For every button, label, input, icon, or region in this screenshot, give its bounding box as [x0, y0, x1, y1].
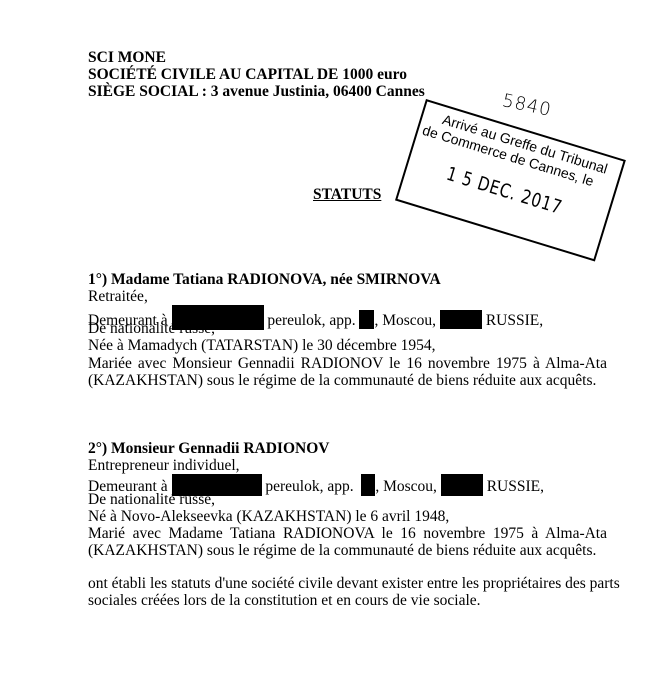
party-2-marriage-line-2: (KAZAKHSTAN) sous le régime de la commun…: [88, 542, 596, 559]
party-1-birth: Née à Mamadych (TATARSTAN) le 30 décembr…: [88, 337, 436, 354]
party-1-occupation: Retraitée,: [88, 288, 148, 305]
address-city: , Moscou,: [375, 478, 437, 495]
address-street: pereulok, app.: [265, 478, 353, 495]
handwritten-number: 5840: [500, 90, 553, 121]
party-1-marriage-line-2: (KAZAKHSTAN) sous le régime de la commun…: [88, 372, 596, 389]
redaction-block: [361, 474, 375, 496]
address-country: RUSSIE,: [487, 478, 544, 495]
closing-line-2: sociales créées lors de la constitution …: [88, 592, 481, 609]
registry-stamp: Arrivé au Greffe du Tribunal de Commerce…: [395, 99, 626, 261]
party-2-nationality: De nationalité russe,: [88, 491, 215, 508]
address-city: , Moscou,: [374, 312, 436, 329]
company-capital: SOCIÉTÉ CIVILE AU CAPITAL DE 1000 euro: [88, 66, 407, 83]
party-1-nationality: De nationalité russe,: [88, 320, 215, 337]
redaction-block: [359, 310, 374, 329]
company-name: SCI MONE: [88, 49, 166, 66]
redaction-block: [440, 310, 482, 329]
registered-office: SIÈGE SOCIAL : 3 avenue Justinia, 06400 …: [88, 83, 425, 100]
page-title: STATUTS: [313, 186, 381, 203]
address-country: RUSSIE,: [486, 312, 543, 329]
party-2-occupation: Entrepreneur individuel,: [88, 457, 240, 474]
party-2-birth: Né à Novo-Alekseevka (KAZAKHSTAN) le 6 a…: [88, 508, 449, 525]
address-street: pereulok, app.: [267, 312, 355, 329]
closing-line-1: ont établi les statuts d'une société civ…: [88, 575, 607, 592]
party-2-marriage-line-1: Marié avec Madame Tatiana RADIONOVA le 1…: [88, 525, 607, 542]
party-2-heading: 2°) Monsieur Gennadii RADIONOV: [88, 440, 329, 457]
party-1-heading: 1°) Madame Tatiana RADIONOVA, née SMIRNO…: [88, 271, 441, 288]
party-1-marriage-line-1: Mariée avec Monsieur Gennadii RADIONOV l…: [88, 355, 607, 372]
redaction-block: [441, 474, 483, 496]
